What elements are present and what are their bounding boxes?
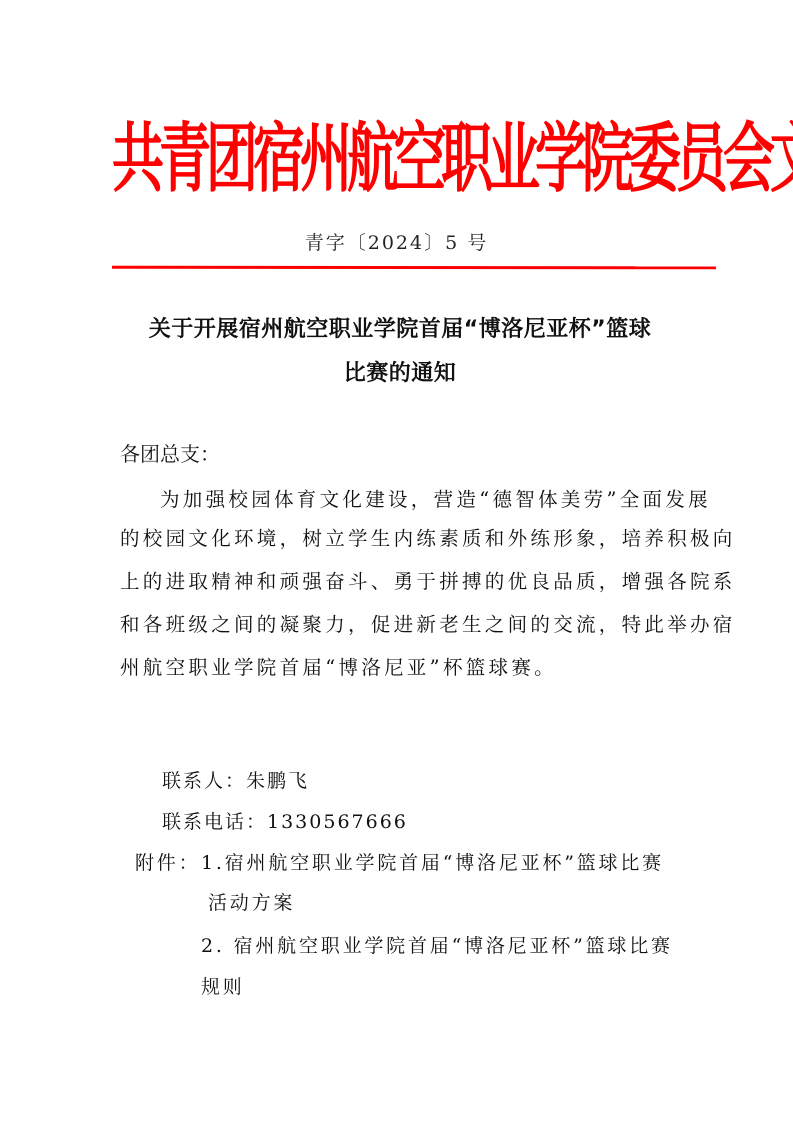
body-line: 的校园文化环境，树立学生内练素质和外练形象，培养积极向 [120,523,680,551]
body-line: 和各班级之间的凝聚力，促进新老生之间的交流，特此举办宿 [120,609,680,637]
attachment-1-line-2: 活动方案 [208,888,295,915]
body-line: 州航空职业学院首届“博洛尼亚”杯篮球赛。 [120,652,680,680]
salutation: 各团总支： [120,438,220,467]
contact-person: 联系人：朱鹏飞 [162,766,309,793]
document-number: 青字〔2024〕5 号 [0,228,793,255]
attachment-2-line-1: 2. 宿州航空职业学院首届“博洛尼亚杯”篮球比赛 [201,931,673,958]
notice-title-line-2: 比赛的通知 [100,356,700,387]
body-line: 为加强校园体育文化建设，营造“德智体美劳”全面发展 [120,484,680,512]
attachments-label: 附件： [135,848,200,875]
attachment-2-line-2: 规则 [201,972,245,999]
red-divider-rule [112,266,716,270]
masthead-title: 共青团宿州航空职业学院委员会文件 [112,99,698,221]
attachment-1-line-1: 1.宿州航空职业学院首届“博洛尼亚杯”篮球比赛 [201,848,664,875]
contact-phone: 联系电话：1330567666 [162,807,408,834]
notice-title-line-1: 关于开展宿州航空职业学院首届“博洛尼亚杯”篮球 [100,312,700,343]
document-page: 共青团宿州航空职业学院委员会文件 青字〔2024〕5 号 关于开展宿州航空职业学… [0,0,793,1122]
body-line: 上的进取精神和顽强奋斗、勇于拼搏的优良品质，增强各院系 [120,566,680,594]
